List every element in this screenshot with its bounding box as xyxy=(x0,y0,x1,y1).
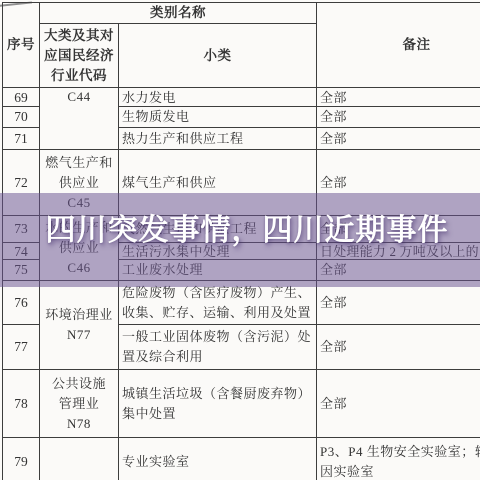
cell-sub-class: 水力发电 xyxy=(119,88,317,107)
cell-big-class: C44 xyxy=(40,88,119,150)
cell-remark: 全部 xyxy=(317,128,480,150)
table-row: 76 环境治理业 N77 危险废物（含医疗废物）产生、收集、贮存、运输、利用及处… xyxy=(3,281,480,325)
cell-serial: 78 xyxy=(3,370,40,438)
cell-serial: 79 xyxy=(3,438,40,480)
table-row: 78 公共设施 管理业 N78 城镇生活垃圾（含餐厨废弃物）集中处置 全部 xyxy=(3,370,480,438)
cell-remark: P3、P4 生物安全实验室；转基因实验室 xyxy=(317,438,480,480)
cell-remark: 全部 xyxy=(317,88,480,107)
cell-sub-class: 热力生产和供应工程 xyxy=(119,128,317,150)
cell-remark: 全部 xyxy=(317,325,480,370)
cell-serial: 77 xyxy=(3,325,40,370)
header-remark: 备注 xyxy=(317,3,480,88)
header-category-group: 类别名称 xyxy=(40,3,317,24)
overlay-banner-text: 四川突发事情，四川近期事件 xyxy=(46,205,449,249)
table-header-row-1: 序号 类别名称 备注 xyxy=(3,3,480,24)
table-row: 79 专业实验室 P3、P4 生物安全实验室；转基因实验室 xyxy=(3,438,480,480)
cell-sub-class: 一般工业固体废物（含污泥）处置及综合利用 xyxy=(119,325,317,370)
header-sub-class: 小类 xyxy=(119,24,317,88)
cell-remark: 全部 xyxy=(317,370,480,438)
cell-big-class xyxy=(40,438,119,480)
cell-sub-class: 危险废物（含医疗废物）产生、收集、贮存、运输、利用及处置 xyxy=(119,281,317,325)
header-serial: 序号 xyxy=(3,3,40,88)
cell-sub-class: 城镇生活垃圾（含餐厨废弃物）集中处置 xyxy=(119,370,317,438)
cell-serial: 71 xyxy=(3,128,40,150)
cell-sub-class: 专业实验室 xyxy=(119,438,317,480)
cell-serial: 76 xyxy=(3,281,40,325)
cell-remark: 全部 xyxy=(317,281,480,325)
cell-serial: 69 xyxy=(3,88,40,107)
cell-remark-text: P3、P4 生物安全实验室；转基因实验室 xyxy=(320,442,480,480)
cell-big-class: 环境治理业 N77 xyxy=(40,281,119,370)
overlay-banner: 四川突发事情，四川近期事件 xyxy=(0,193,480,287)
cell-serial: 70 xyxy=(3,107,40,128)
cell-sub-class: 生物质发电 xyxy=(119,107,317,128)
table-row: 69 C44 水力发电 全部 xyxy=(3,88,480,107)
cell-big-class: 公共设施 管理业 N78 xyxy=(40,370,119,438)
header-big-class: 大类及其对应国民经济行业代码 xyxy=(40,24,119,88)
cell-remark: 全部 xyxy=(317,107,480,128)
